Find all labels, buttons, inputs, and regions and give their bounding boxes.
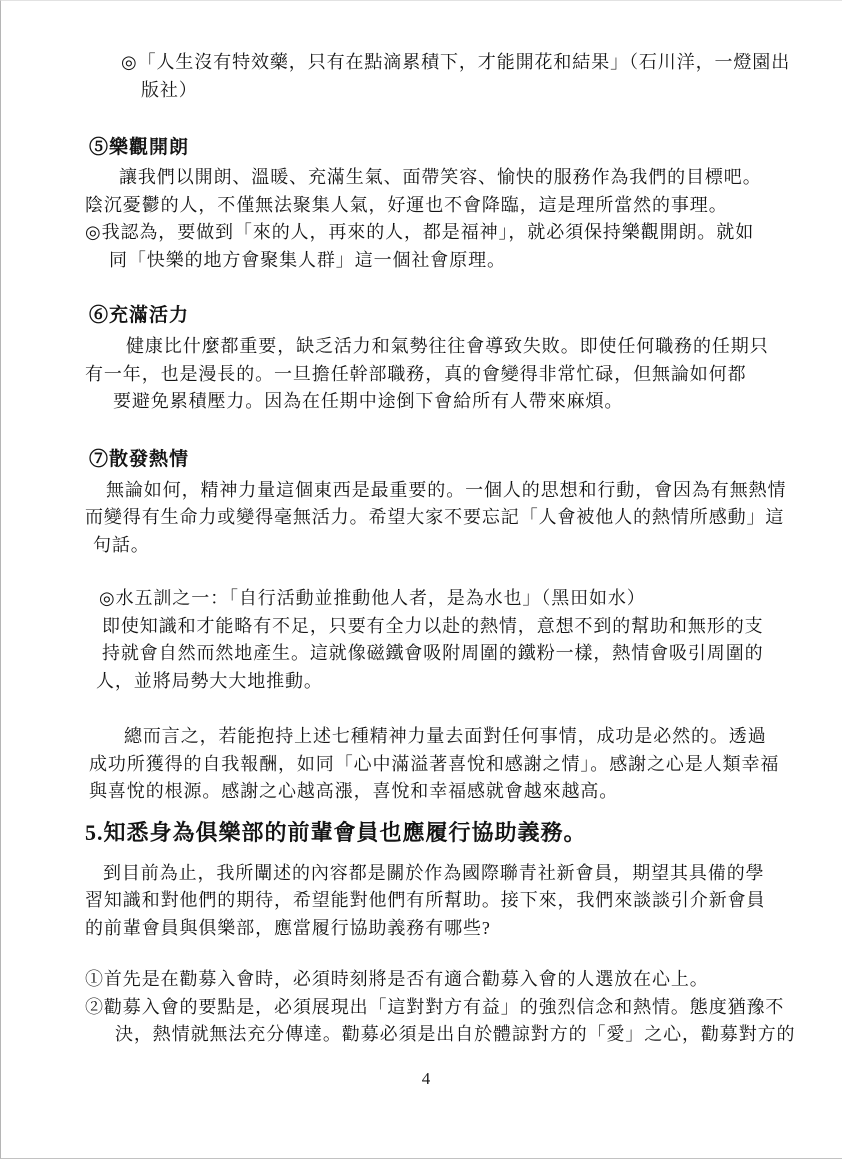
paragraph-optimism: 讓我們以開朗、溫暖、充滿生氣、面帶笑容、愉快的服務作為我們的目標吧。陰沉憂鬱的人… [85, 164, 766, 274]
text-line: 健康比什麼都重要，缺乏活力和氣勢往往會導致失敗。即使任何職務的任期只 [85, 333, 766, 361]
text-line: 陰沉憂鬱的人，不僅無法聚集人氣，好運也不會降臨，這是理所當然的事理。 [85, 192, 766, 220]
text-line: 的前輩會員與俱樂部，應當履行協助義務有哪些? [85, 915, 766, 943]
text-line: 版社） [85, 77, 766, 105]
text-line: 句話。 [85, 532, 766, 560]
text-line: 5.知悉身為俱樂部的前輩會員也應履行協助義務。 [85, 818, 766, 848]
text-line: 習知識和對他們的期待，希望能對他們有所幫助。接下來，我們來談談引介新會員 [85, 887, 766, 915]
text-line: ⑥充滿活力 [85, 302, 766, 329]
text-line: ②勸募入會的要點是，必須展現出「這對對方有益」的強烈信念和熱情。態度猶豫不 [85, 994, 766, 1022]
text-line: ◎「人生沒有特效藥，只有在點滴累積下，才能開花和結果」（石川洋，一燈園出 [85, 49, 766, 77]
section-title-5-duty: 5.知悉身為俱樂部的前輩會員也應履行協助義務。 [85, 818, 766, 848]
page-number: 4 [85, 1065, 767, 1092]
text-line: 要避免累積壓力。因為在任期中途倒下會給所有人帶來麻煩。 [85, 388, 766, 416]
text-line: ◎我認為，要做到「來的人，再來的人，都是福神」，就必須保持樂觀開朗。就如 [85, 219, 766, 247]
paragraph-summary: 總而言之，若能抱持上述七種精神力量去面對任何事情，成功是必然的。透過成功所獲得的… [85, 723, 766, 806]
text-line: 持就會自然而然地產生。這就像磁鐵會吸附周圍的鐵粉一樣，熱情會吸引周圍的 [85, 640, 766, 668]
text-line: 到目前為止，我所闡述的內容都是關於作為國際聯青社新會員，期望其具備的學 [85, 860, 766, 888]
text-line: ◎水五訓之一：「自行活動並推動他人者，是為水也」（黑田如水） [85, 585, 766, 613]
quote-kuroda: ◎水五訓之一：「自行活動並推動他人者，是為水也」（黑田如水）即使知識和才能略有不… [85, 585, 766, 695]
quote-ishikawa: ◎「人生沒有特效藥，只有在點滴累積下，才能開花和結果」（石川洋，一燈園出版社） [85, 49, 766, 104]
text-line: 決，熱情就無法充分傳達。勸募必須是出自於體諒對方的「愛」之心，勸募對方的 [85, 1021, 766, 1049]
paragraph-recruitment-points: ①首先是在勸募入會時，必須時刻將是否有適合勸募入會的人選放在心上。②勸募入會的要… [85, 966, 766, 1049]
section-heading-6-vitality: ⑥充滿活力 [85, 302, 766, 329]
text-line: 與喜悅的根源。感謝之心越高漲，喜悅和幸福感就會越來越高。 [85, 778, 766, 806]
text-line: 人，並將局勢大大地推動。 [85, 668, 766, 696]
text-line: ⑤樂觀開朗 [85, 134, 766, 161]
text-line: 而變得有生命力或變得毫無活力。希望大家不要忘記「人會被他人的熱情所感動」這 [85, 504, 766, 532]
text-line: ⑦散發熱情 [85, 446, 766, 473]
section-heading-7-enthusiasm: ⑦散發熱情 [85, 446, 766, 473]
paragraph-duty-intro: 到目前為止，我所闡述的內容都是關於作為國際聯青社新會員，期望其具備的學習知識和對… [85, 860, 766, 943]
section-heading-5-optimism: ⑤樂觀開朗 [85, 134, 766, 161]
text-line: 讓我們以開朗、溫暖、充滿生氣、面帶笑容、愉快的服務作為我們的目標吧。 [85, 164, 766, 192]
document-page: ◎「人生沒有特效藥，只有在點滴累積下，才能開花和結果」（石川洋，一燈園出版社）⑤… [0, 0, 842, 1159]
text-line: 成功所獲得的自我報酬，如同「心中滿溢著喜悅和感謝之情」。感謝之心是人類幸福 [85, 751, 766, 779]
text-line: 有一年，也是漫長的。一旦擔任幹部職務，真的會變得非常忙碌，但無論如何都 [85, 361, 766, 389]
paragraph-vitality: 健康比什麼都重要，缺乏活力和氣勢往往會導致失敗。即使任何職務的任期只有一年，也是… [85, 333, 766, 416]
text-line: ①首先是在勸募入會時，必須時刻將是否有適合勸募入會的人選放在心上。 [85, 966, 766, 994]
paragraph-enthusiasm: 無論如何，精神力量這個東西是最重要的。一個人的思想和行動，會因為有無熱情而變得有… [85, 477, 766, 560]
text-line: 無論如何，精神力量這個東西是最重要的。一個人的思想和行動，會因為有無熱情 [85, 477, 766, 505]
text-line: 總而言之，若能抱持上述七種精神力量去面對任何事情，成功是必然的。透過 [85, 723, 766, 751]
text-line: 即使知識和才能略有不足，只要有全力以赴的熱情，意想不到的幫助和無形的支 [85, 613, 766, 641]
document-body: ◎「人生沒有特效藥，只有在點滴累積下，才能開花和結果」（石川洋，一燈園出版社）⑤… [85, 49, 766, 1049]
text-line: 同「快樂的地方會聚集人群」這一個社會原理。 [85, 247, 766, 275]
